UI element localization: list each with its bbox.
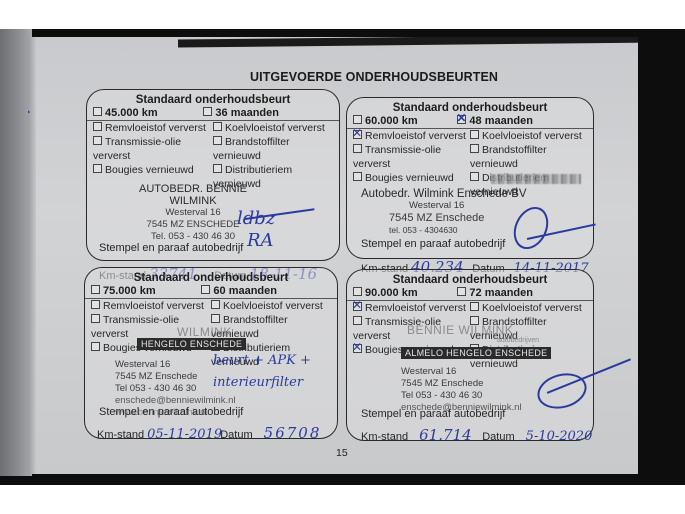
checkbox[interactable] (470, 130, 479, 139)
checkbox-km-interval[interactable] (93, 107, 102, 116)
checklist-item: Brandstoffilter vernieuwd (213, 135, 333, 163)
checklist-label: Remvloeistof ververst (103, 300, 204, 312)
checkbox-months-interval[interactable] (457, 287, 466, 296)
checklist-label: Koelvloeistof ververst (225, 122, 325, 134)
checkbox[interactable] (353, 344, 362, 353)
checkbox-months-interval[interactable] (201, 285, 210, 294)
checkbox-km-interval[interactable] (353, 115, 362, 124)
checklist-label: Brandstoffilter vernieuwd (213, 136, 290, 162)
checklist-label: Remvloeistof ververst (105, 122, 206, 134)
km-value: 61.714 (419, 426, 479, 444)
booklet-photo: UITGEVOERDE ONDERHOUDSBEURTEN Standaard … (0, 29, 685, 485)
paraaf-label: Stempel en paraaf autobedrijf (361, 238, 505, 250)
note-line: interieurfilter (213, 372, 311, 394)
checkbox[interactable] (353, 316, 362, 325)
checklist-label: Remvloeistof ververst (365, 130, 466, 142)
card-interval-row: 45.000 km 36 maanden (87, 106, 339, 121)
paraaf-label: Stempel en paraaf autobedrijf (361, 408, 505, 420)
paraaf-label: Stempel en paraaf autobedrijf (99, 242, 243, 254)
note-line: beurt + APK + (213, 350, 311, 372)
checkbox[interactable] (353, 144, 362, 153)
km-label: Km-stand (97, 429, 144, 441)
booklet-spine (0, 29, 32, 476)
card-heading: Standaard onderhoudsbeurt (347, 274, 593, 286)
checkbox[interactable] (213, 122, 222, 131)
checkbox[interactable] (93, 122, 102, 131)
checklist-item: Brandstoffilter vernieuwd (470, 143, 587, 171)
signature: ldbz (237, 208, 275, 229)
checklist-item: Transmissie-olie ververst (353, 143, 470, 171)
checklist-item: Koelvloeistof ververst (211, 299, 331, 313)
date-value: 5-10-2020 (526, 429, 593, 444)
checklist-label: Bougies vernieuwd (365, 172, 454, 184)
stamp-region-bar: HENGELO ENSCHEDE (137, 338, 246, 350)
km-interval: 45.000 km (105, 107, 158, 119)
checkbox[interactable] (93, 136, 102, 145)
card-interval-row: 75.000 km 60 maanden (85, 284, 337, 299)
garage-stamp: Autobedr. Wilmink Enschede BV Westerval … (361, 186, 581, 236)
checkbox[interactable] (91, 314, 100, 323)
date-value: 56708 (264, 424, 322, 442)
checkbox[interactable] (91, 342, 100, 351)
date-label: Datum (482, 431, 514, 443)
km-interval: 90.000 km (365, 287, 418, 299)
checklist-item: Remvloeistof ververst (353, 129, 470, 143)
checkbox[interactable] (211, 300, 220, 309)
checklist-item: Remvloeistof ververst (353, 301, 470, 315)
checkbox[interactable] (353, 302, 362, 311)
stamp-logo: BENNIE WILMINK (407, 323, 513, 337)
paraaf-row: Stempel en paraaf autobedrijf (99, 406, 243, 418)
checkbox-months-interval[interactable] (203, 107, 212, 116)
maintenance-card-90000: Standaard onderhoudsbeurt 90.000 km 72 m… (346, 269, 594, 441)
km-date-row: Km-stand 61.714 Datum 5-10-2020 (361, 426, 592, 444)
page-number: 15 (336, 447, 348, 459)
months-interval: 48 maanden (469, 115, 533, 127)
km-label: Km-stand (361, 431, 408, 443)
paraaf-row: Stempel en paraaf autobedrijf (361, 408, 505, 420)
checklist-label: Transmissie-olie ververst (93, 136, 181, 162)
checklist-label: Transmissie-olie ververst (353, 144, 441, 170)
checklist-item: Remvloeistof ververst (93, 121, 213, 135)
months-interval: 72 maanden (469, 287, 533, 299)
checklist-item: Koelvloeistof ververst (470, 129, 587, 143)
checkbox[interactable] (93, 164, 102, 173)
stamp-phone: Tel 053 - 430 46 30 (401, 390, 551, 402)
stamp-street: Westerval 16 (401, 366, 551, 378)
paraaf-initials: RA (247, 230, 274, 251)
stamp-name: AUTOBEDR. BENNIE WILMINK (123, 183, 263, 207)
checklist-label: Remvloeistof ververst (365, 302, 466, 314)
km-interval: 60.000 km (365, 115, 418, 127)
checklist-label: Koelvloeistof ververst (482, 302, 582, 314)
redacted-stamp-area (491, 174, 581, 184)
date-label: Datum (220, 429, 252, 441)
checklist: Remvloeistof ververst Koelvloeistof verv… (87, 121, 339, 191)
km-value: 05-11-2019 (147, 427, 217, 442)
km-interval: 75.000 km (103, 285, 156, 297)
checklist-item: Transmissie-olie ververst (93, 135, 213, 163)
checkbox[interactable] (211, 314, 220, 323)
checkbox[interactable] (470, 144, 479, 153)
checkbox[interactable] (353, 172, 362, 181)
checklist-item: Remvloeistof ververst (91, 299, 211, 313)
checkbox[interactable] (213, 164, 222, 173)
page-shadow (178, 34, 658, 47)
stamp-city: 7545 MZ Enschede (401, 378, 551, 390)
checkbox-km-interval[interactable] (353, 287, 362, 296)
checklist-label: Koelvloeistof ververst (482, 130, 582, 142)
stamp-logo: WILMINK (177, 326, 246, 338)
card-heading: Standaard onderhoudsbeurt (347, 102, 593, 114)
checklist-label: Bougies vernieuwd (105, 164, 194, 176)
km-date-row: Km-stand 05-11-2019 Datum 56708 (97, 424, 321, 442)
checkbox-km-interval[interactable] (91, 285, 100, 294)
checkbox-months-interval[interactable] (457, 115, 466, 124)
booklet-page: UITGEVOERDE ONDERHOUDSBEURTEN Standaard … (28, 37, 638, 474)
checkbox[interactable] (353, 130, 362, 139)
checkbox[interactable] (470, 302, 479, 311)
checklist-label: Koelvloeistof ververst (223, 300, 323, 312)
months-interval: 36 maanden (215, 107, 279, 119)
stamp-city: 7545 MZ Enschede (389, 212, 581, 224)
checkbox[interactable] (213, 136, 222, 145)
paraaf-row: Stempel en paraaf autobedrijf (361, 238, 505, 250)
stamp-street: Westerval 16 (409, 200, 581, 212)
card-heading: Standaard onderhoudsbeurt (85, 272, 337, 284)
card-heading: Standaard onderhoudsbeurt (87, 94, 339, 106)
card-interval-row: 90.000 km 72 maanden (347, 286, 593, 301)
stamp-phone: tel. 053 - 4304630 (389, 224, 581, 236)
garage-stamp: BENNIE WILMINK autobedrijven ALMELO HENG… (387, 336, 551, 414)
card-interval-row: 60.000 km 48 maanden (347, 114, 593, 129)
paraaf-row: Stempel en paraaf autobedrijf (99, 242, 243, 254)
stamp-name: Autobedr. Wilmink Enschede BV (361, 188, 581, 200)
months-interval: 60 maanden (213, 285, 277, 297)
maintenance-card-75000: Standaard onderhoudsbeurt 75.000 km 60 m… (84, 267, 338, 439)
page-title: UITGEVOERDE ONDERHOUDSBEURTEN (250, 70, 498, 84)
maintenance-card-45000: Standaard onderhoudsbeurt 45.000 km 36 m… (86, 89, 340, 261)
checklist-item: Koelvloeistof ververst (213, 121, 333, 135)
checkbox[interactable] (470, 172, 479, 181)
checklist-item: Koelvloeistof ververst (470, 301, 587, 315)
stamp-region-bar: ALMELO HENGELO ENSCHEDE (401, 347, 551, 359)
checkbox[interactable] (91, 300, 100, 309)
checklist-label: Brandstoffilter vernieuwd (470, 144, 547, 170)
maintenance-card-60000: Standaard onderhoudsbeurt 60.000 km 48 m… (346, 97, 594, 259)
handwritten-note: beurt + APK + interieurfilter (213, 350, 311, 394)
paraaf-label: Stempel en paraaf autobedrijf (99, 406, 243, 418)
